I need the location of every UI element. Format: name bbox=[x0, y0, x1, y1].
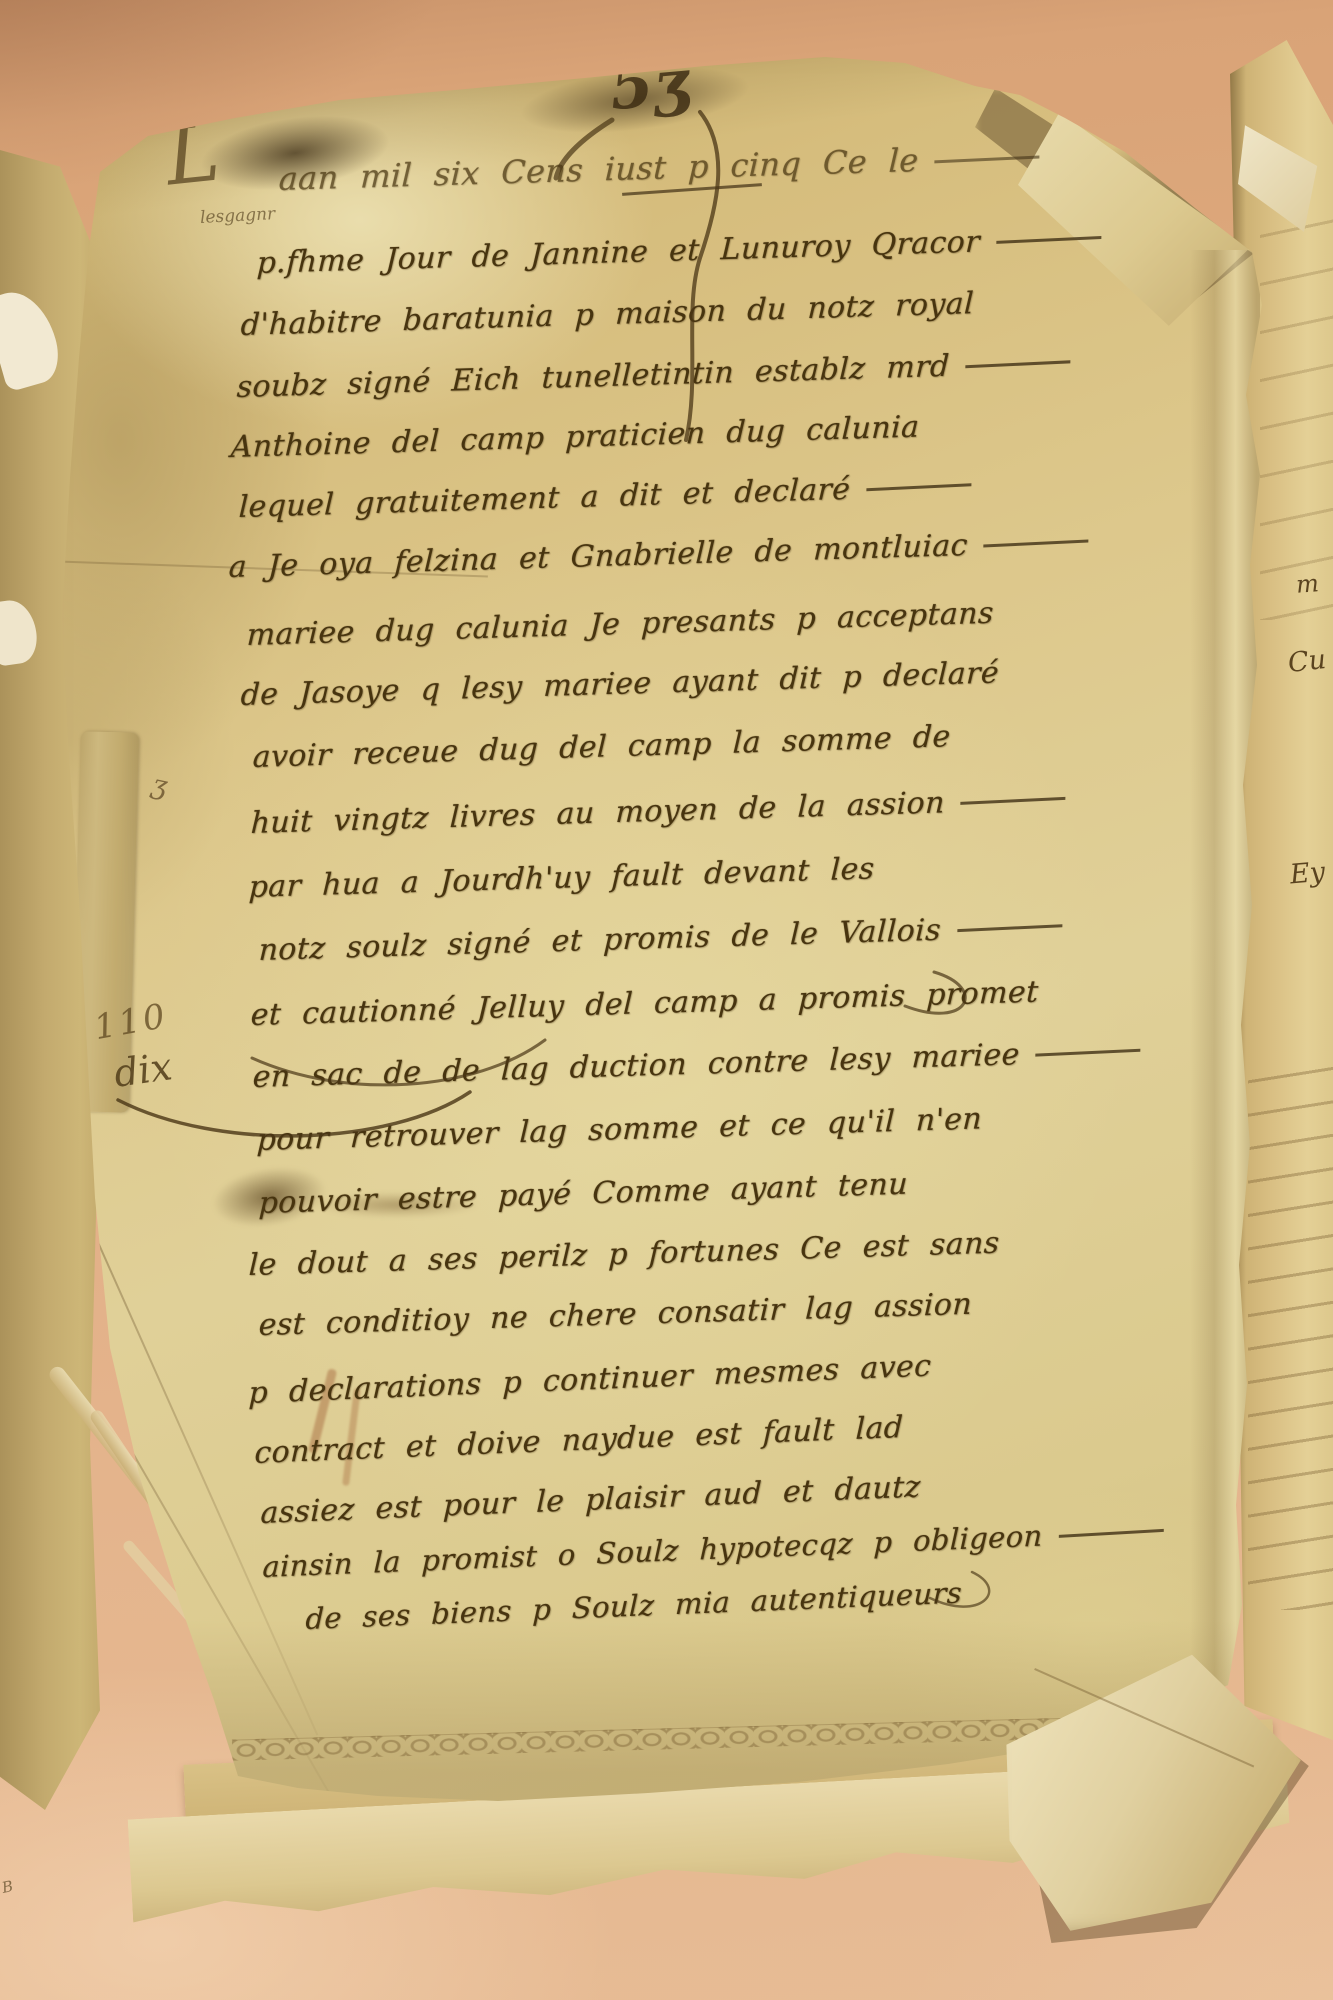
handwritten-line: lequel gratuitement a dit et declaré bbox=[238, 468, 972, 525]
handwritten-line: Anthoine del camp praticien dug calunia bbox=[230, 410, 920, 465]
text-fragment: m bbox=[1295, 569, 1320, 599]
ornate-initial-letter: L bbox=[161, 105, 224, 203]
handwritten-line: de Jasoye q lesy mariee ayant dit p decl… bbox=[240, 655, 1000, 713]
text-fragment: Cu bbox=[1286, 644, 1327, 679]
handwritten-line: d'habitre baratunia p maison du notz roy… bbox=[240, 286, 975, 343]
text-fragment: B bbox=[0, 1877, 15, 1897]
handwritten-line: mariee dug calunia Je presants p accepta… bbox=[246, 596, 994, 653]
ruled-lines bbox=[1260, 190, 1333, 620]
handwritten-line: pour retrouver lag somme et ce qu'il n'e… bbox=[256, 1101, 983, 1158]
handwritten-line: assiez est pour le plaisir aud et dautz bbox=[260, 1469, 921, 1531]
handwritten-line: le dout a ses perilz p fortunes Ce est s… bbox=[248, 1226, 1000, 1283]
interlinear-note: lesgagnr bbox=[200, 204, 276, 228]
handwritten-line: par hua a Jourdh'uy fault devant les bbox=[248, 851, 875, 905]
handwritten-line: a Je oya felzina et Gnabrielle de montlu… bbox=[228, 524, 1089, 585]
handwritten-line: notz soulz signé et promis de le Vallois bbox=[258, 909, 1063, 968]
handwritten-line: p.fhme Jour de Jannine et Lunuroy Qracor bbox=[256, 221, 1102, 281]
handwritten-line: p declarations p continuer mesmes avec bbox=[248, 1349, 932, 1411]
handwritten-line: est conditioy ne chere consatir lag assi… bbox=[258, 1287, 973, 1343]
margin-note-dix: dix bbox=[111, 1044, 174, 1096]
handwritten-line: soubz signé Eich tunelletintin establz m… bbox=[236, 345, 1071, 405]
handwritten-line: huit vingtz livres au moyen de la assion bbox=[250, 782, 1066, 841]
handwritten-line: et cautionné Jelluy del camp a promis pr… bbox=[250, 975, 1039, 1033]
text-fragment: Ey bbox=[1289, 857, 1327, 891]
handwritten-line: pouvoir estre payé Comme ayant tenu bbox=[258, 1167, 909, 1221]
notarial-paraph: 5ʒ bbox=[607, 45, 691, 125]
margin-squiggle-mark: ʒ bbox=[149, 769, 170, 802]
manuscript-photo: m Cu Ey B L 5ʒ lesgagnr aan mil six Cens… bbox=[0, 0, 1333, 2000]
handwritten-line: en sac de de lag duction contre lesy mar… bbox=[252, 1034, 1141, 1095]
ruled-lines bbox=[1248, 1050, 1333, 1610]
handwritten-line: avoir receue dug del camp la somme de bbox=[252, 719, 951, 775]
